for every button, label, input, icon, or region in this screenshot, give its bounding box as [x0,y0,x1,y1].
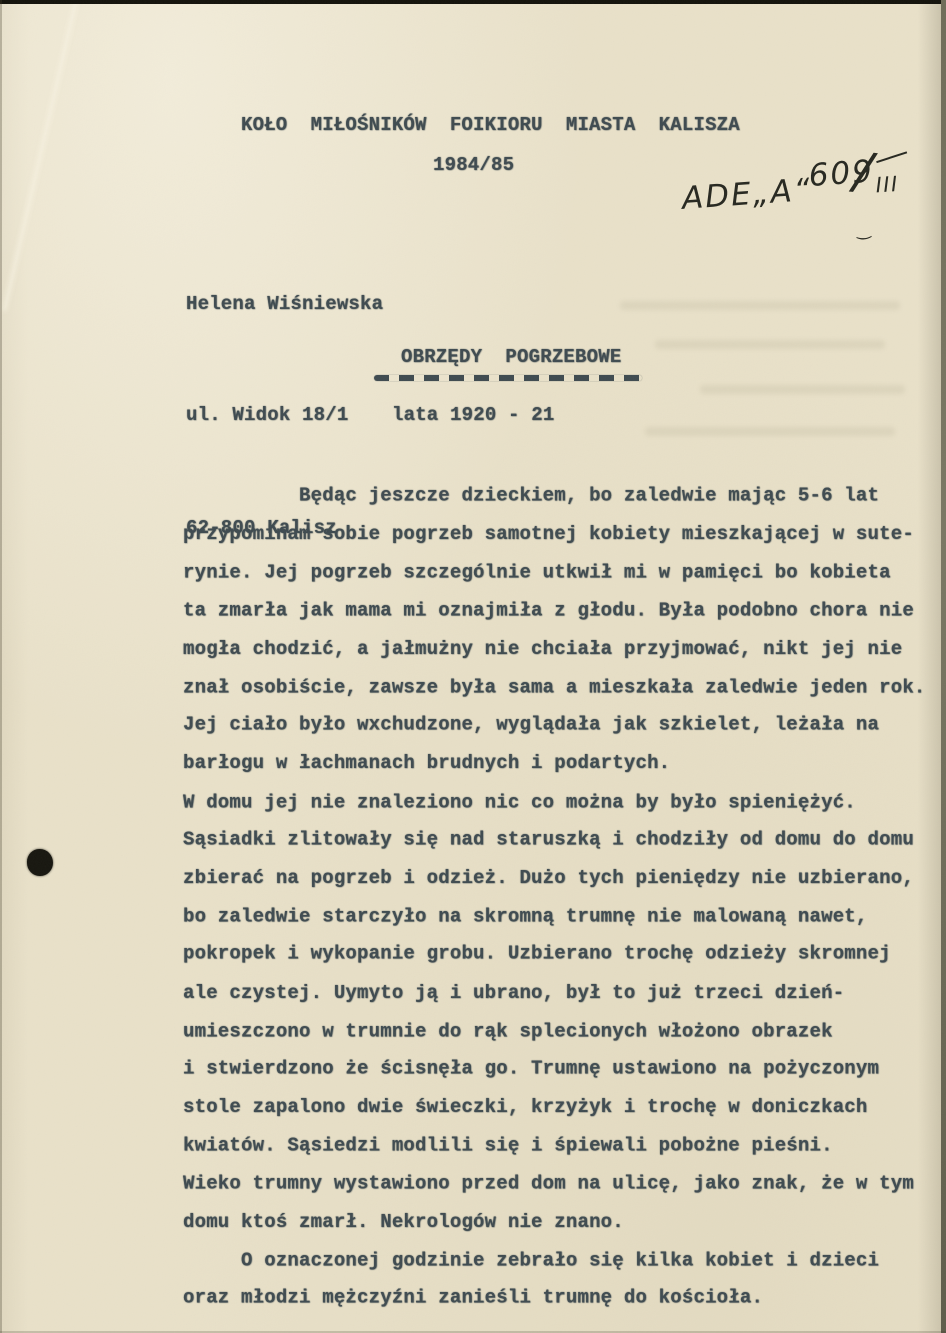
body-line: domu ktoś zmarł. Nekrologów nie znano. [183,1203,923,1241]
body-line: W domu jej nie znaleziono nic co można b… [183,783,923,821]
paper-fold-mark [3,0,80,311]
document-subtitle: lata 1920 - 21 [392,404,554,426]
body-line: barłogu w łachmanach brudnych i podartyc… [183,744,923,782]
body-line: znał osobiście, zawsze była sama a miesz… [183,669,923,707]
body-line: umieszczono w trumnie do rąk splecionych… [183,1012,923,1050]
bleed-through-mark [655,340,885,349]
organization-header: KOŁO MIŁOŚNIKÓW FOIKIORU MIASTA KALISZA [241,114,740,136]
body-line: rynie. Jej pogrzeb szczególnie utkwił mi… [183,554,923,592]
scanned-document-page: KOŁO MIŁOŚNIKÓW FOIKIORU MIASTA KALISZA … [0,0,946,1333]
body-line: O oznaczonej godzinie zebrało się kilka … [183,1242,923,1280]
body-line: Sąsiadki zlitowały się nad staruszką i c… [183,820,923,858]
handwritten-archive-annotation: ADE„A“ 609 / III ‿ [679,141,941,274]
body-line: przypominam sobie pogrzeb samotnej kobie… [183,515,923,553]
body-line: ale czystej. Uymyto ją i ubrano, był to … [183,974,923,1012]
body-line: stole zapalono dwie świeczki, krzyżyk i … [183,1088,923,1126]
body-line: Będąc jeszcze dzieckiem, bo zaledwie maj… [183,476,923,514]
body-line: oraz młodzi mężczyźni zanieśli trumnę do… [183,1279,923,1317]
bleed-through-mark [645,427,895,436]
body-line: i stwierdzono że ścisnęła go. Trumnę ust… [183,1049,923,1087]
body-line: mogła chodzić, a jałmużny nie chciała pr… [183,630,923,668]
annotation-slash: / [852,142,875,201]
scan-edge-top [0,0,946,4]
annotation-code: ADE„A“ [681,172,813,217]
title-underline-dashes [374,375,642,381]
bleed-through-mark [700,385,905,394]
author-street: ul. Widok 18/1 [186,397,383,434]
document-title: OBRZĘDY POGRZEBOWE [401,346,621,368]
annotation-denominator: III [875,172,900,198]
annotation-tick-mark: ‿ [856,220,871,241]
body-line: Jej ciało było wxchudzone, wyglądała jak… [183,706,923,744]
body-line: kwiatów. Sąsiedzi modlili się i śpiewali… [183,1127,923,1165]
scan-edge-right [941,0,946,1333]
body-line: ta zmarła jak mama mi oznajmiła z głodu.… [183,591,923,629]
scan-edge-left [0,0,2,1333]
body-text: Będąc jeszcze dzieckiem, bo zaledwie maj… [183,477,923,1317]
body-line: pokropek i wykopanie grobu. Uzbierano tr… [183,935,923,973]
body-line: zbierać na pogrzeb i odzież. Dużo tych p… [183,859,923,897]
bleed-through-mark [620,301,900,310]
author-name: Helena Wiśniewska [186,286,383,323]
annotation-pen-stroke [876,151,907,163]
punch-hole [27,849,53,876]
body-line: bo zaledwie starczyło na skromną trumnę … [183,898,923,936]
body-line: Wieko trumny wystawiono przed dom na uli… [183,1164,923,1202]
season-year: 1984/85 [433,154,514,176]
